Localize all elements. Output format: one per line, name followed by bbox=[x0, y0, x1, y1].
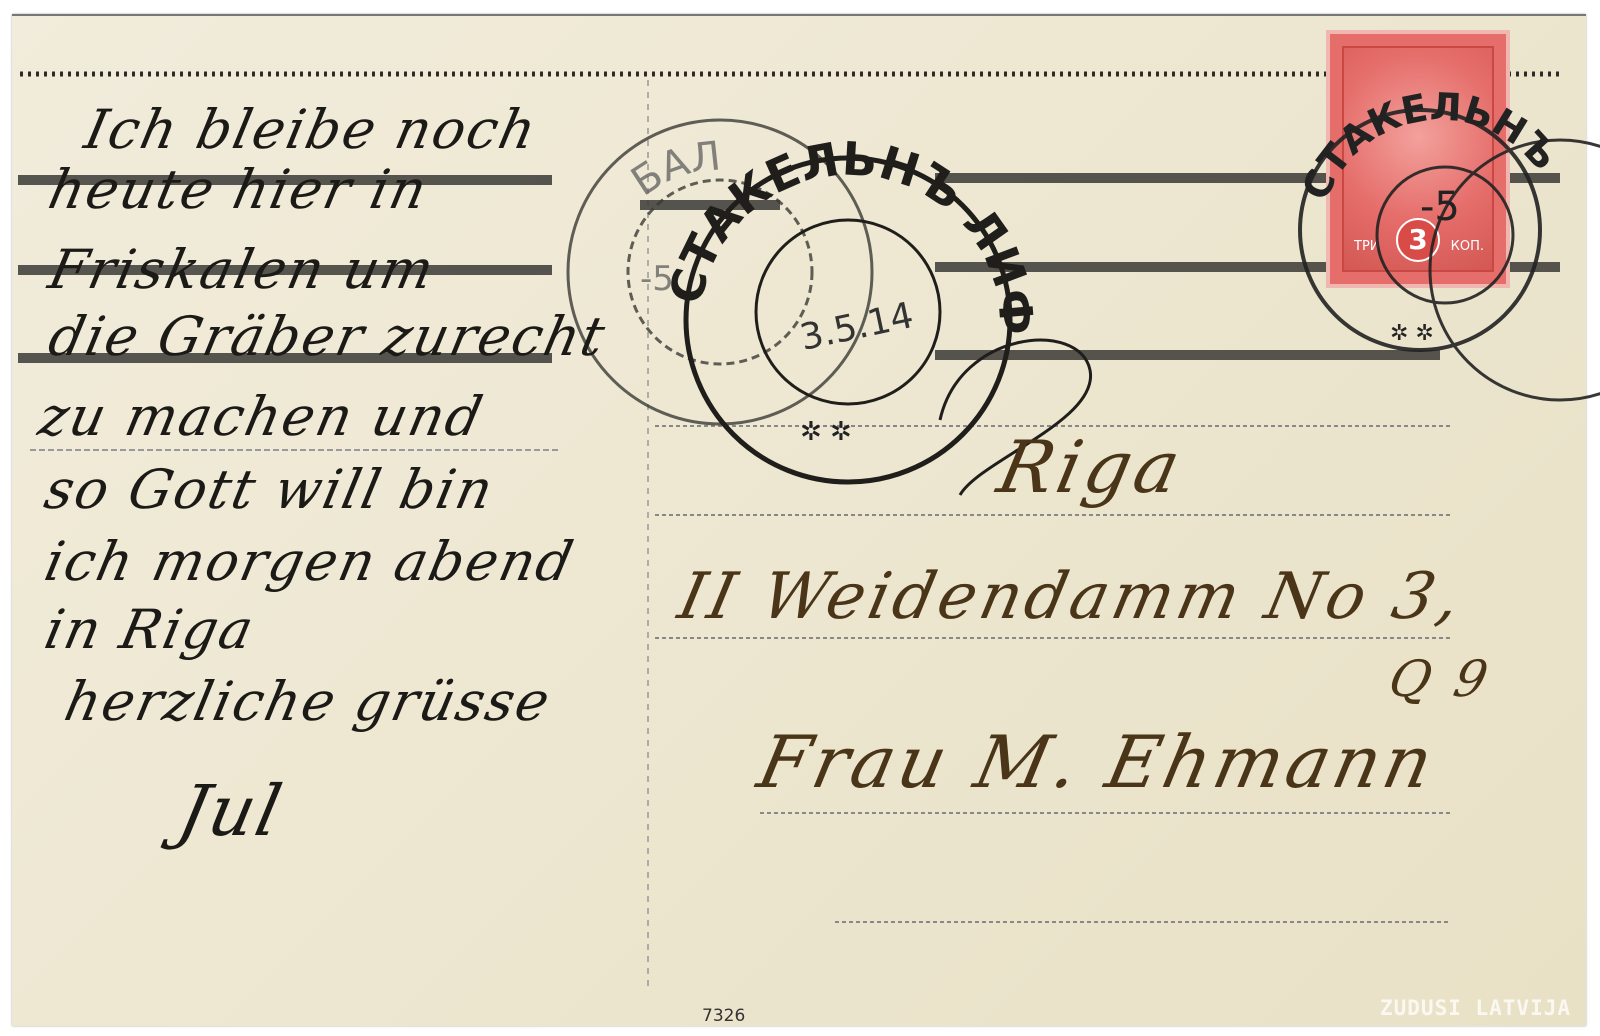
message-line-1: Ich bleibe noch bbox=[79, 98, 543, 161]
message-line-8: in Riga bbox=[39, 598, 260, 661]
message-line-6: so Gott will bin bbox=[39, 458, 500, 521]
message-line-3: Friskalen um bbox=[43, 238, 441, 301]
postmark-right-date: -5 bbox=[1420, 184, 1460, 230]
message-line-5: zu machen und bbox=[33, 385, 489, 448]
address-recipient: Frau M. Ehmann bbox=[751, 720, 1444, 804]
watermark: ZUDUSI LATVIJA bbox=[1380, 996, 1571, 1020]
address-apartment: Q 9 bbox=[1384, 650, 1497, 708]
message-line-9: herzliche grüsse bbox=[59, 670, 557, 733]
message-line-4: die Gräber zurecht bbox=[43, 305, 612, 368]
message-line-2: heute hier in bbox=[43, 158, 434, 221]
svg-text:✲ ✲: ✲ ✲ bbox=[1390, 321, 1434, 346]
signature: Jul bbox=[171, 770, 290, 852]
svg-text:✲ ✲: ✲ ✲ bbox=[800, 417, 852, 447]
message-line-7: ich morgen abend bbox=[39, 530, 580, 593]
publisher-number: 7326 bbox=[702, 1006, 745, 1026]
postmark-main-date: 3.5.14 bbox=[797, 295, 918, 359]
address-street: II Weidendamm No 3, bbox=[672, 560, 1470, 634]
address-city: Riga bbox=[991, 425, 1191, 509]
